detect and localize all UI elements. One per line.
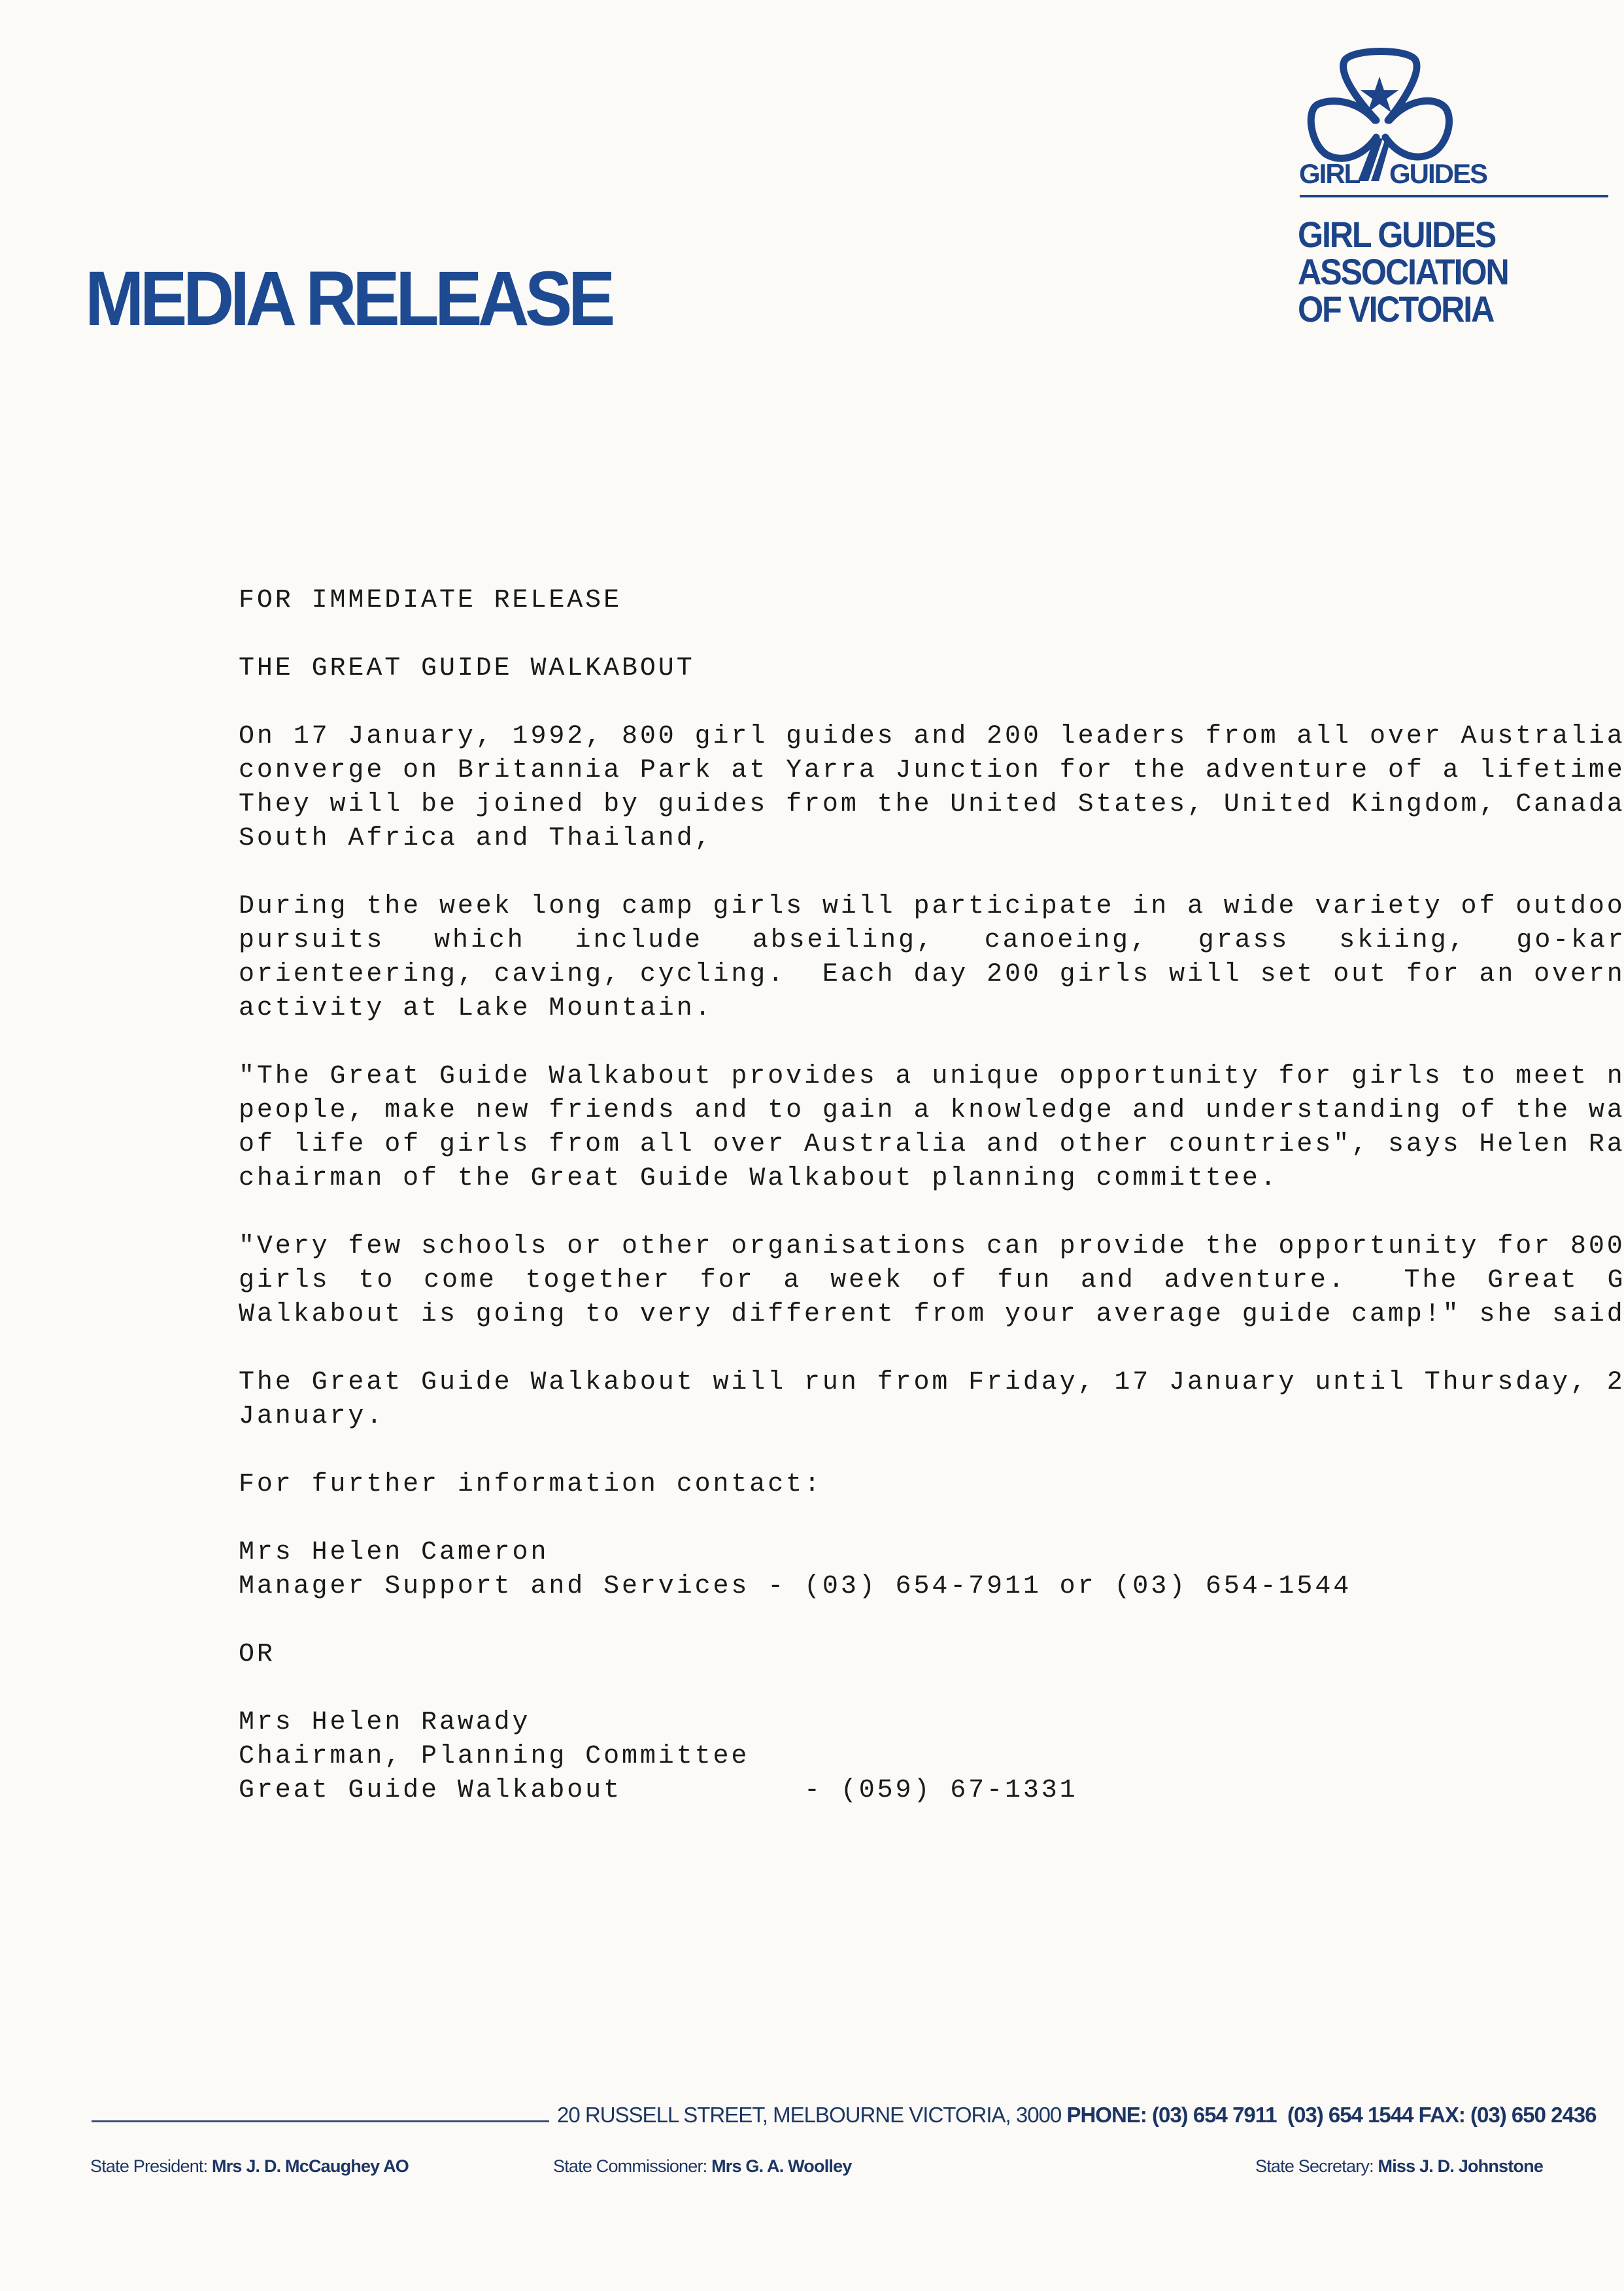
text-line: girls to come together for a week of fun… bbox=[239, 1264, 1519, 1298]
contact-detail: Manager Support and Services - (03) 654-… bbox=[239, 1570, 1519, 1604]
officer-state-commissioner: State Commissioner: Mrs G. A. Woolley bbox=[553, 2156, 852, 2177]
text-line: converge on Britannia Park at Yarra Junc… bbox=[239, 754, 1519, 788]
footer-address: 20 RUSSELL STREET, MELBOURNE VICTORIA, 3… bbox=[557, 2103, 1597, 2128]
fax-number: (03) 650 2436 bbox=[1470, 2103, 1597, 2127]
text-line: On 17 January, 1992, 800 girl guides and… bbox=[239, 720, 1519, 754]
contact-intro: For further information contact: bbox=[239, 1468, 1519, 1502]
text-line: During the week long camp girls will par… bbox=[239, 890, 1519, 924]
fax-label: FAX: bbox=[1419, 2103, 1465, 2127]
text-line: The Great Guide Walkabout will run from … bbox=[239, 1366, 1519, 1400]
organization-line: OF VICTORIA bbox=[1298, 290, 1508, 328]
street-address: 20 RUSSELL STREET, MELBOURNE VICTORIA, 3… bbox=[557, 2103, 1061, 2127]
text-line: people, make new friends and to gain a k… bbox=[239, 1094, 1519, 1128]
contact-block-cameron: Mrs Helen Cameron Manager Support and Se… bbox=[239, 1536, 1519, 1604]
text-line: "The Great Guide Walkabout provides a un… bbox=[239, 1060, 1519, 1094]
header-divider bbox=[1300, 195, 1608, 197]
headline: THE GREAT GUIDE WALKABOUT bbox=[239, 652, 1519, 686]
paragraph-dates: The Great Guide Walkabout will run from … bbox=[239, 1366, 1519, 1434]
officer-state-secretary: State Secretary: Miss J. D. Johnstone bbox=[1255, 2156, 1543, 2177]
phone-numbers: (03) 654 7911 (03) 654 1544 bbox=[1152, 2103, 1413, 2127]
release-body: FOR IMMEDIATE RELEASE THE GREAT GUIDE WA… bbox=[239, 584, 1519, 1842]
paragraph-intro: On 17 January, 1992, 800 girl guides and… bbox=[239, 720, 1519, 856]
footer-divider bbox=[92, 2120, 549, 2122]
officer-state-president: State President: Mrs J. D. McCaughey AO bbox=[90, 2156, 409, 2177]
contact-detail: Chairman, Planning Committee bbox=[239, 1740, 1519, 1774]
girl-guides-logo: GIRL GUIDES bbox=[1298, 47, 1494, 191]
document-title: MEDIA RELEASE bbox=[85, 260, 611, 337]
text-line: pursuits which include abseiling, canoei… bbox=[239, 924, 1519, 958]
text-line: chairman of the Great Guide Walkabout pl… bbox=[239, 1162, 1519, 1196]
contact-name: Mrs Helen Rawady bbox=[239, 1706, 1519, 1740]
text-line: January. bbox=[239, 1400, 1519, 1434]
organization-name: GIRL GUIDES ASSOCIATION OF VICTORIA bbox=[1298, 216, 1508, 328]
text-line: Walkabout is going to very different fro… bbox=[239, 1298, 1519, 1332]
paragraph-quote-2: "Very few schools or other organisations… bbox=[239, 1230, 1519, 1332]
organization-line: GIRL GUIDES bbox=[1298, 216, 1508, 253]
contact-detail: Great Guide Walkabout - (059) 67-1331 bbox=[239, 1774, 1519, 1808]
text-line: South Africa and Thailand, bbox=[239, 822, 1519, 856]
text-line: of life of girls from all over Australia… bbox=[239, 1128, 1519, 1162]
organization-line: ASSOCIATION bbox=[1298, 253, 1508, 290]
text-line: orienteering, caving, cycling. Each day … bbox=[239, 958, 1519, 992]
phone-label: PHONE: bbox=[1066, 2103, 1146, 2127]
svg-text:GUIDES: GUIDES bbox=[1389, 158, 1487, 189]
text-line: activity at Lake Mountain. bbox=[239, 992, 1519, 1026]
text-line: They will be joined by guides from the U… bbox=[239, 788, 1519, 822]
contact-block-rawady: Mrs Helen Rawady Chairman, Planning Comm… bbox=[239, 1706, 1519, 1808]
svg-text:GIRL: GIRL bbox=[1299, 158, 1361, 189]
release-label: FOR IMMEDIATE RELEASE bbox=[239, 584, 1519, 618]
text-line: "Very few schools or other organisations… bbox=[239, 1230, 1519, 1264]
paragraph-quote-1: "The Great Guide Walkabout provides a un… bbox=[239, 1060, 1519, 1196]
paragraph-activities: During the week long camp girls will par… bbox=[239, 890, 1519, 1026]
trefoil-star-icon: GIRL GUIDES bbox=[1298, 47, 1494, 191]
contact-name: Mrs Helen Cameron bbox=[239, 1536, 1519, 1570]
contact-separator: OR bbox=[239, 1638, 1519, 1672]
